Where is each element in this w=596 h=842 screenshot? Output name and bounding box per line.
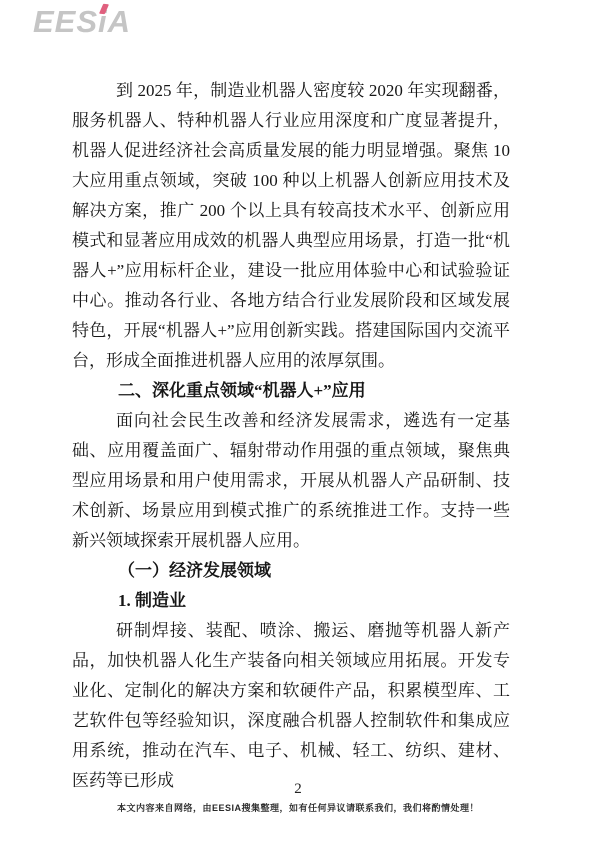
subsection-heading: （一）经济发展领域 <box>72 556 510 586</box>
document-page: EESiA 到 2025 年，制造业机器人密度较 2020 年实现翻番，服务机器… <box>0 0 596 842</box>
item-heading: 1. 制造业 <box>72 586 510 616</box>
footer-disclaimer: 本文内容来自网络，由EESIA搜集整理，如有任何异议请联系我们，我们将酌情处理！ <box>0 801 596 814</box>
body-paragraph: 研制焊接、装配、喷涂、搬运、磨抛等机器人新产品，加快机器人化生产装备向相关领域应… <box>72 616 510 796</box>
section-heading: 二、深化重点领域“机器人+”应用 <box>72 376 510 406</box>
body-paragraph: 面向社会民生改善和经济发展需求，遴选有一定基础、应用覆盖面广、辐射带动作用强的重… <box>72 406 510 556</box>
body-paragraph: 到 2025 年，制造业机器人密度较 2020 年实现翻番，服务机器人、特种机器… <box>72 76 510 376</box>
document-content: 到 2025 年，制造业机器人密度较 2020 年实现翻番，服务机器人、特种机器… <box>72 76 510 796</box>
eesia-logo: EESiA <box>33 2 131 42</box>
page-number: 2 <box>0 780 596 798</box>
